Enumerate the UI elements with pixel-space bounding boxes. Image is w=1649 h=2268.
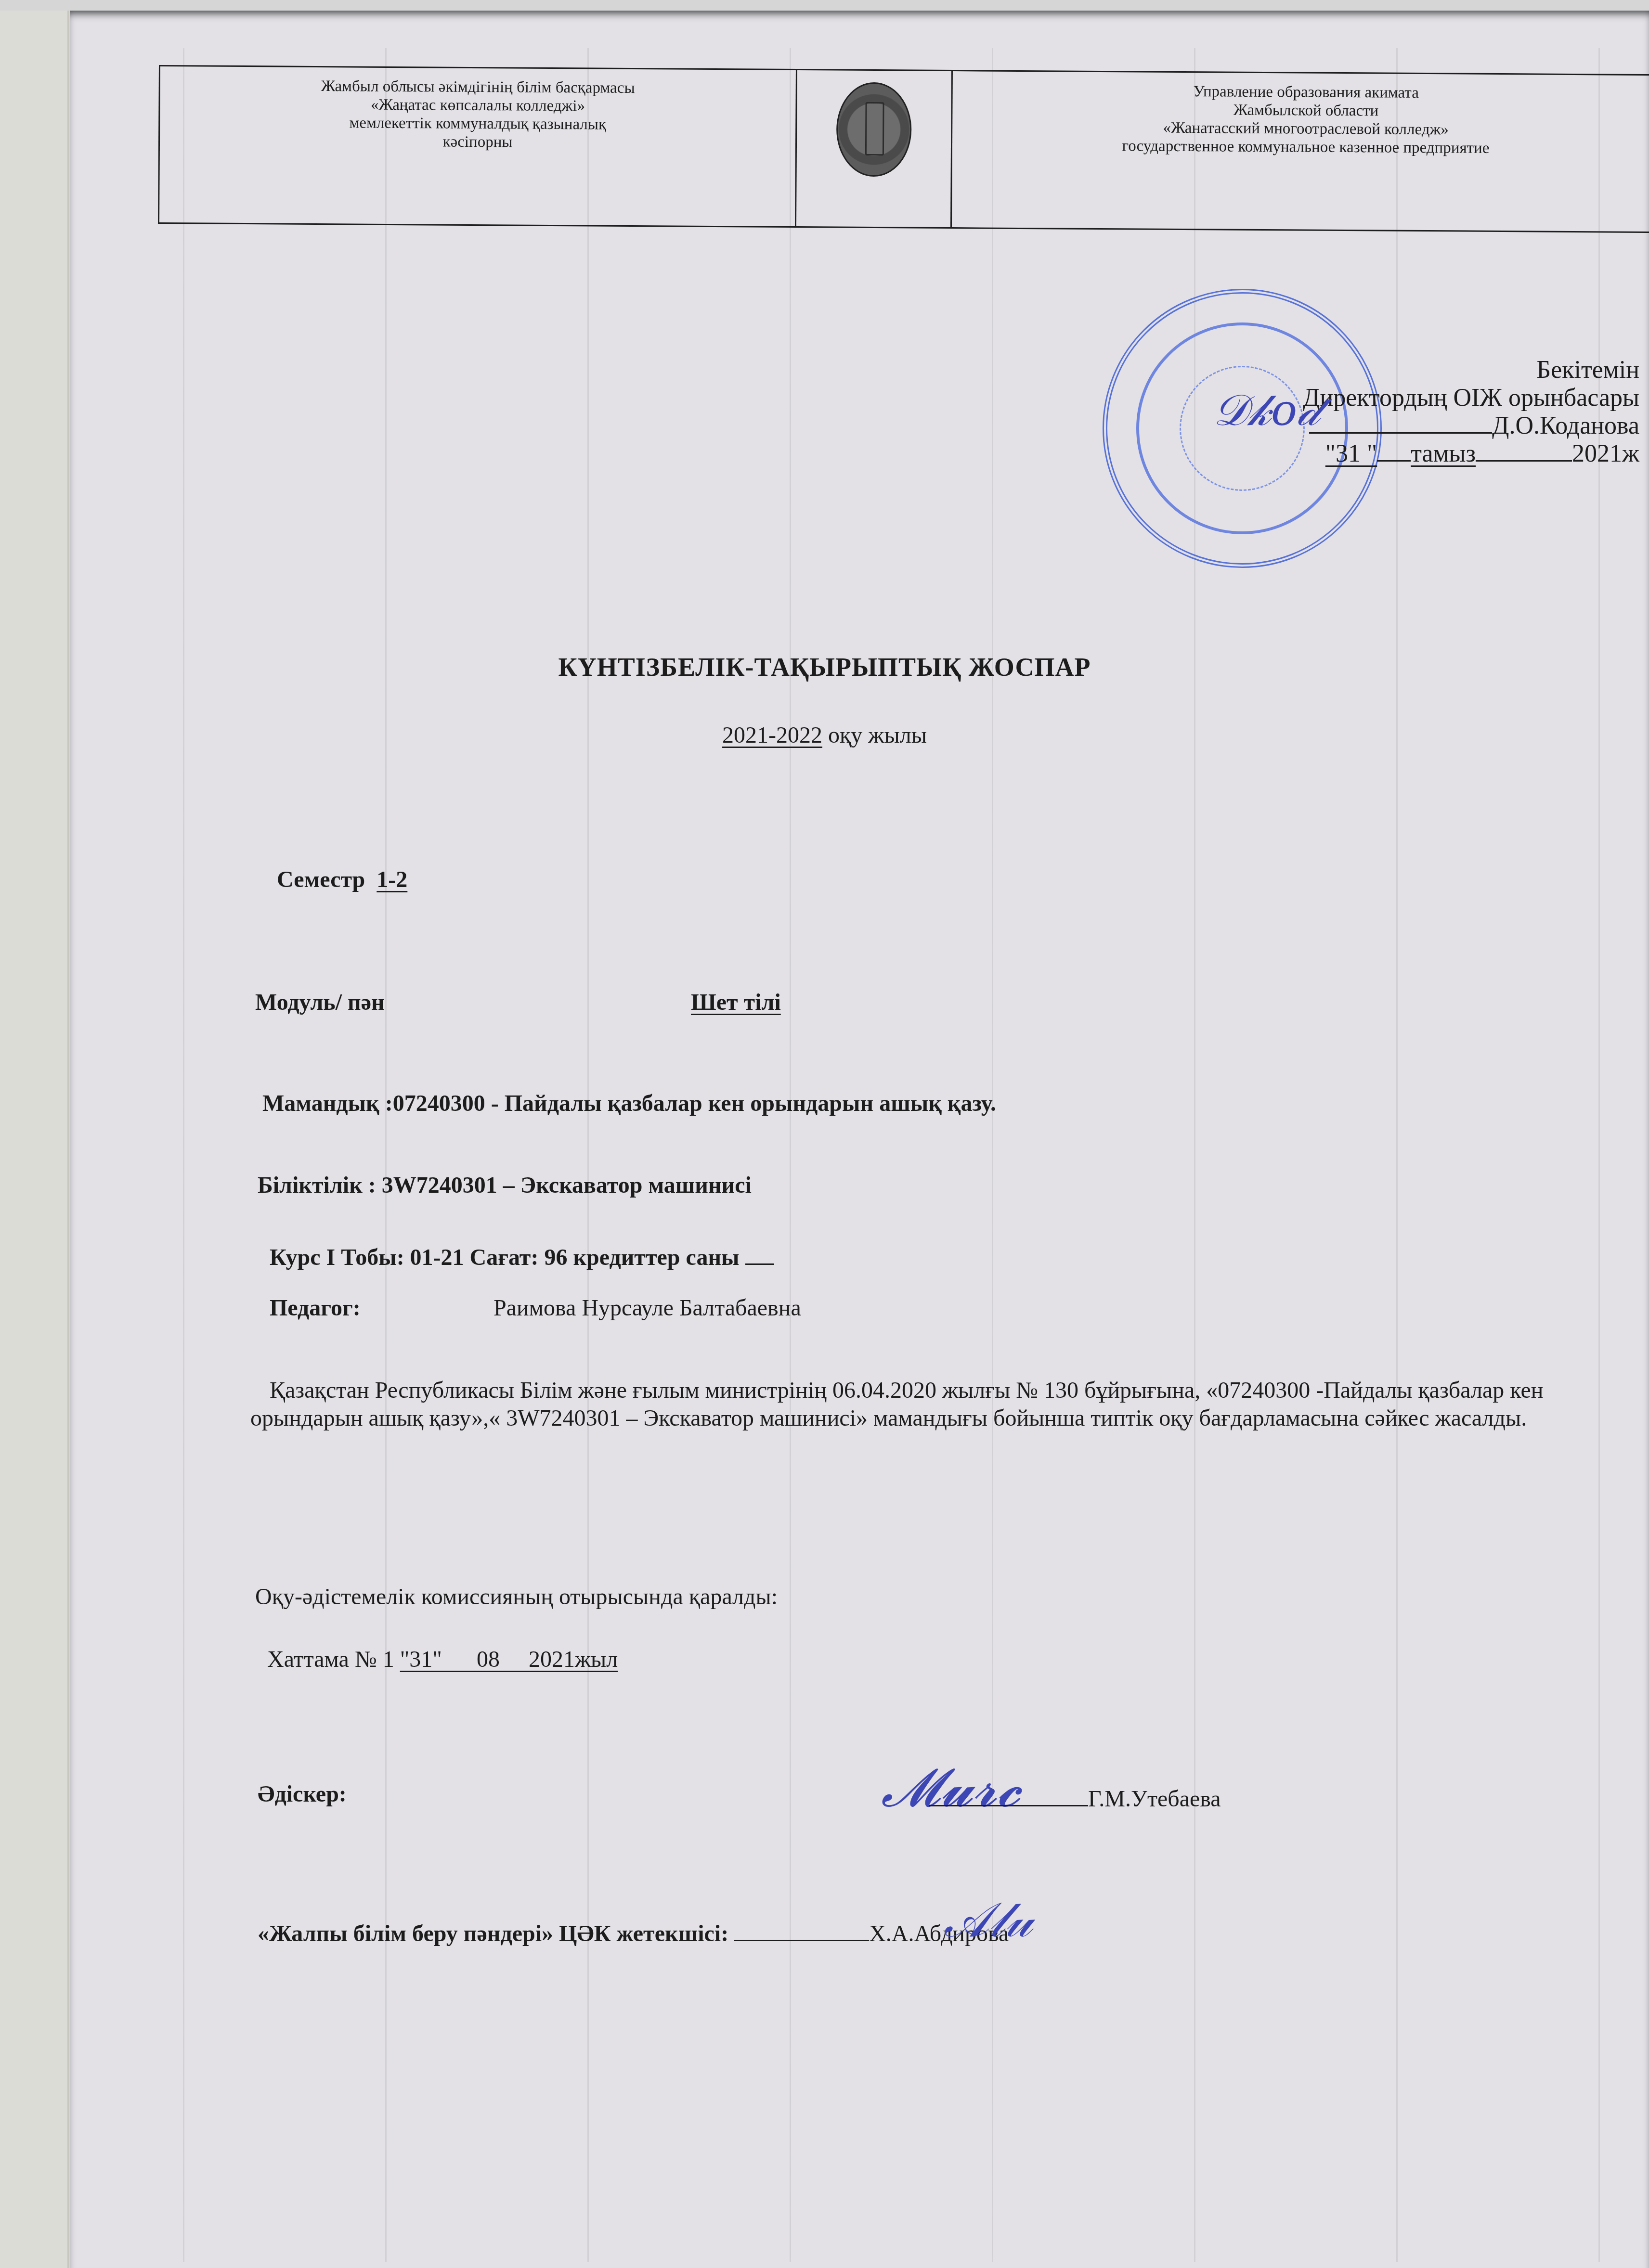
cmc-head-label: «Жалпы білім беру пәндері» ЦӘК жетекшісі… xyxy=(258,1921,734,1946)
semester-row: Семестр 1-2 xyxy=(277,866,407,893)
approval-month: тамыз xyxy=(1411,440,1476,467)
org-line: государственное коммунальное казенное пр… xyxy=(957,136,1649,158)
document-title: КҮНТІЗБЕЛІК-ТАҚЫРЫПТЫҚ ЖОСПАР xyxy=(0,652,1649,682)
cmc-head-line: «Жалпы білім беру пәндері» ЦӘК жетекшісі… xyxy=(258,1920,1009,1947)
semester-label: Семестр xyxy=(277,867,365,892)
approver-name-line: Д.О.Коданова xyxy=(1303,412,1639,440)
course-line: Курс I Тобы: 01-21 Сағат: 96 кредиттер с… xyxy=(270,1244,774,1271)
approver-name: Д.О.Коданова xyxy=(1492,412,1639,439)
letterhead-russian: Управление образования акимата Жамбылско… xyxy=(951,71,1649,232)
date-blank xyxy=(1377,460,1411,462)
teacher-name: Раимова Нурсауле Балтабаевна xyxy=(493,1295,801,1321)
protocol-line: Хаттама № 1 "31" 08 2021жыл xyxy=(267,1646,618,1673)
methodist-label: Әдіскер: xyxy=(258,1781,347,1807)
signature-blank xyxy=(734,1940,869,1941)
academic-year-suffix: оқу жылы xyxy=(822,722,927,748)
scanner-margin xyxy=(0,11,69,2268)
signature-blank xyxy=(929,1805,1088,1806)
module-value: Шет тілі xyxy=(691,989,781,1016)
academic-year: 2021-2022 оқу жылы xyxy=(0,722,1649,748)
approver-signature-icon: 𝒟𝓀𝑜𝒹 xyxy=(1213,385,1319,436)
methodist-name: Г.М.Утебаева xyxy=(1088,1786,1221,1812)
protocol-number: Хаттама № 1 xyxy=(267,1647,400,1672)
approve-label: Бекітемін xyxy=(1303,356,1639,384)
approver-position: Директордың ОІЖ орынбасары xyxy=(1303,384,1639,412)
approval-year: 2021ж xyxy=(1572,440,1639,467)
module-label: Модуль/ пән xyxy=(255,989,385,1016)
letterhead-emblem-cell xyxy=(795,70,952,228)
commission-label: Оқу-әдістемелік комиссияның отырысында қ… xyxy=(255,1584,778,1610)
date-blank xyxy=(1476,460,1572,462)
approval-block: Бекітемін Директордың ОІЖ орынбасары Д.О… xyxy=(1303,356,1639,468)
org-line: кәсіпорны xyxy=(165,131,791,153)
academic-year-value: 2021-2022 xyxy=(722,722,822,748)
course-details: Курс I Тобы: 01-21 Сағат: 96 кредиттер с… xyxy=(270,1245,745,1270)
letterhead-kazakh: Жамбыл облысы әкімдігінің білім басқарма… xyxy=(158,66,796,227)
semester-value: 1-2 xyxy=(377,867,407,892)
college-emblem-icon xyxy=(836,82,912,177)
qualification: Біліктілік : 3W7240301 – Экскаватор маши… xyxy=(258,1172,752,1198)
approval-date: "31 "тамыз2021ж xyxy=(1303,440,1639,468)
specialty: Мамандық :07240300 - Пайдалы қазбалар ке… xyxy=(262,1090,996,1117)
methodist-name-line: Г.М.Утебаева xyxy=(929,1786,1221,1812)
letterhead-table: Жамбыл облысы әкімдігінің білім басқарма… xyxy=(158,65,1649,233)
protocol-date: "31" 08 2021жыл xyxy=(400,1647,618,1672)
teacher-label: Педагог: xyxy=(270,1295,361,1321)
basis-paragraph: Қазақстан Республикасы Білім және ғылым … xyxy=(250,1377,1608,1432)
signature-blank xyxy=(1309,432,1492,434)
approval-day: "31 " xyxy=(1325,440,1377,467)
credits-blank xyxy=(745,1263,774,1265)
cmc-head-signature-icon: 𝒜𝓁𝓊 xyxy=(944,1892,1032,1948)
